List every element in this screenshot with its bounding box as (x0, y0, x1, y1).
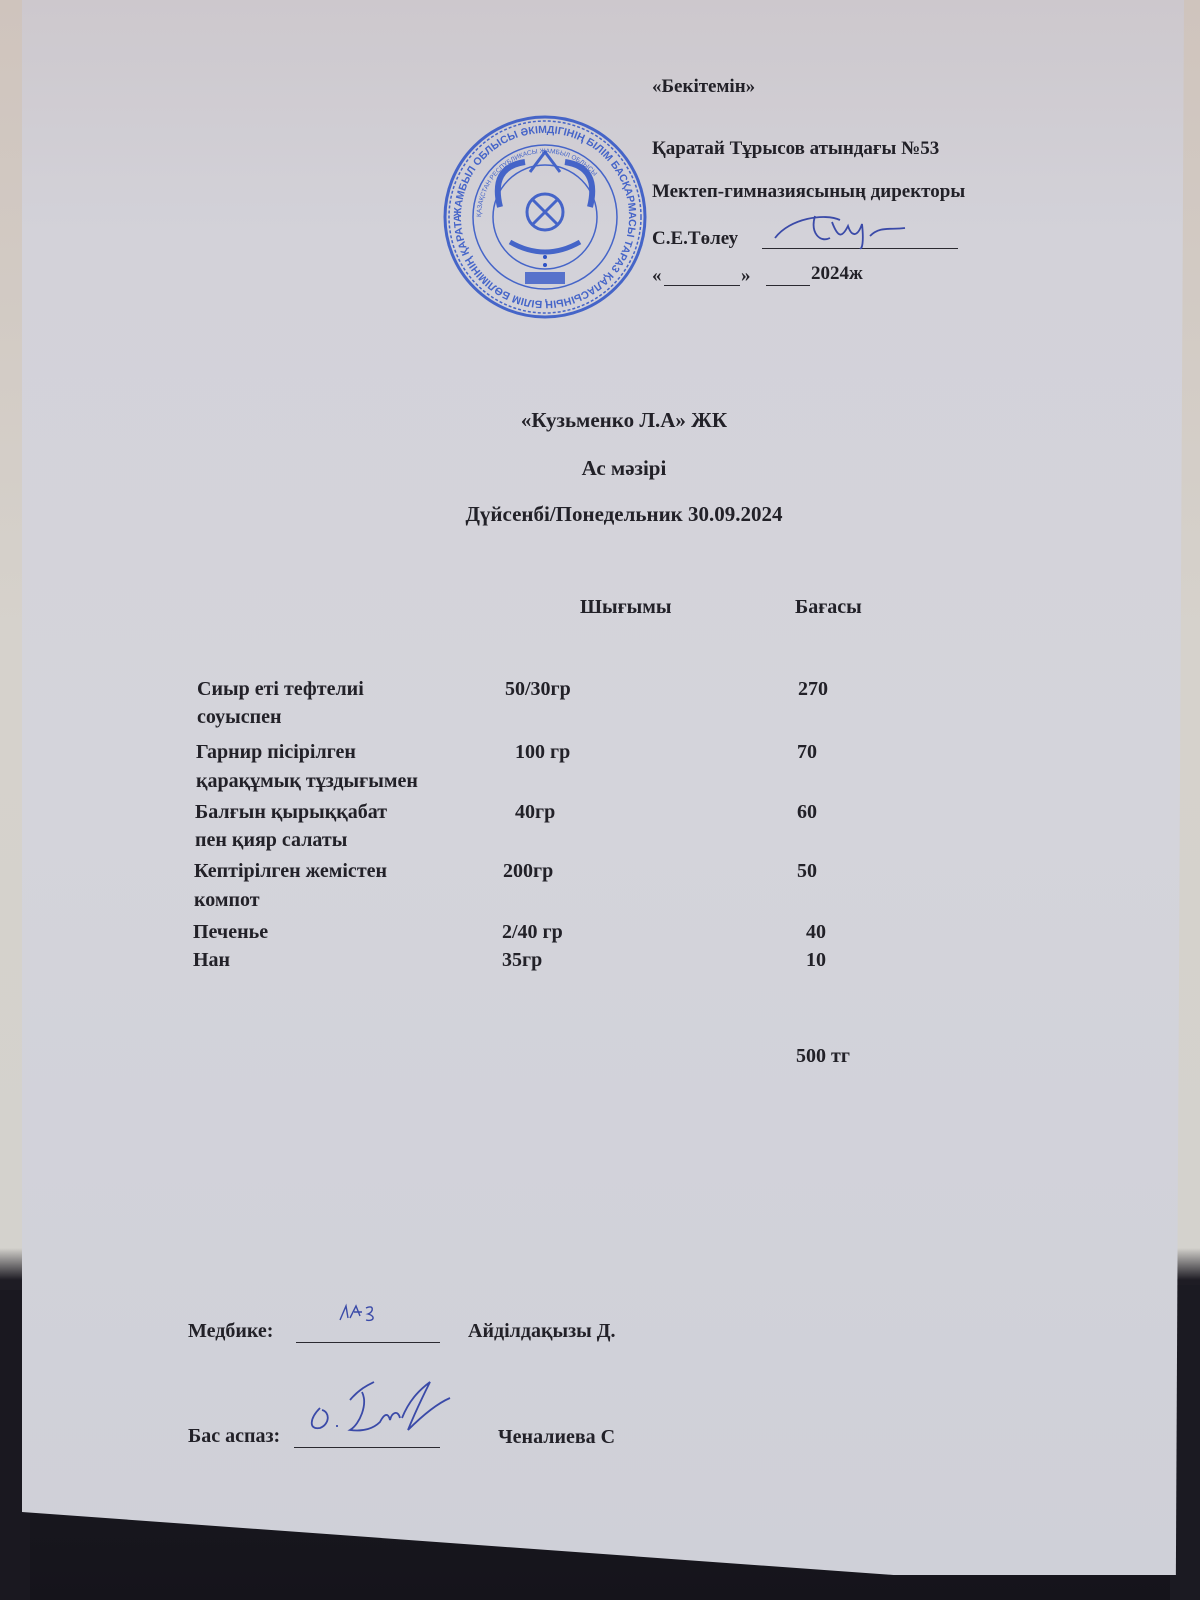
chef-label: Бас аспаз: (188, 1425, 280, 1448)
nurse-label: Медбике: (188, 1320, 273, 1343)
dish-name-cont: пен қияр салаты (195, 829, 347, 852)
dish-yield: 40гр (515, 801, 555, 824)
dish-price: 70 (797, 741, 817, 764)
dish-price: 50 (797, 860, 817, 883)
director-signature-icon (770, 208, 910, 252)
menu-date: Дүйсенбі/Понедельник 30.09.2024 (0, 502, 1200, 527)
column-header-price: Бағасы (795, 596, 862, 619)
approval-date-open: « (652, 265, 662, 287)
dish-price: 10 (806, 949, 826, 972)
chef-name: Ченалиева С (498, 1426, 615, 1449)
dish-price: 40 (806, 921, 826, 944)
dish-yield: 35гр (502, 949, 542, 972)
dish-name: Сиыр еті тефтелиі (197, 678, 364, 701)
column-header-yield: Шығымы (580, 596, 672, 619)
nurse-signature-icon (336, 1300, 386, 1326)
dish-price: 60 (797, 801, 817, 824)
dish-yield: 100 гр (515, 741, 570, 764)
dish-name: Кептірілген жемістен (194, 860, 387, 883)
dish-yield: 50/30гр (505, 678, 571, 701)
approval-year: 2024ж (811, 263, 863, 285)
date-month-line (766, 265, 810, 286)
company-name: «Кузьменко Л.А» ЖК (0, 408, 1200, 433)
dish-name-cont: соуыспен (197, 706, 282, 729)
dish-yield: 200гр (503, 860, 553, 883)
dish-name: Нан (193, 949, 230, 972)
approval-school: Қаратай Тұрысов атындағы №53 (652, 138, 939, 160)
dish-name-cont: компот (194, 889, 260, 912)
dish-name: Балғын қырыққабат (195, 801, 387, 824)
approval-signer: С.Е.Төлеу (652, 228, 738, 250)
dish-name-cont: қарақұмық тұздығымен (196, 770, 418, 793)
nurse-name: Айділдақызы Д. (468, 1320, 616, 1343)
official-stamp-icon: ЖАМБЫЛ ОБЛЫСЫ ӘКІМДІГІНІҢ БІЛІМ БАСҚАРМА… (440, 112, 650, 322)
dish-name: Гарнир пісірілген (196, 741, 356, 764)
menu-total: 500 тг (796, 1045, 850, 1068)
approval-date-close: » (741, 265, 751, 287)
approval-position: Мектеп-гимназиясының директоры (652, 181, 965, 203)
dish-price: 270 (798, 678, 828, 701)
date-day-line (664, 265, 740, 286)
approval-heading: «Бекітемін» (652, 76, 755, 98)
dish-yield: 2/40 гр (502, 921, 563, 944)
chef-signature-icon (290, 1368, 470, 1438)
dish-name: Печенье (193, 921, 268, 944)
document-title: Ас мәзірі (0, 456, 1200, 481)
